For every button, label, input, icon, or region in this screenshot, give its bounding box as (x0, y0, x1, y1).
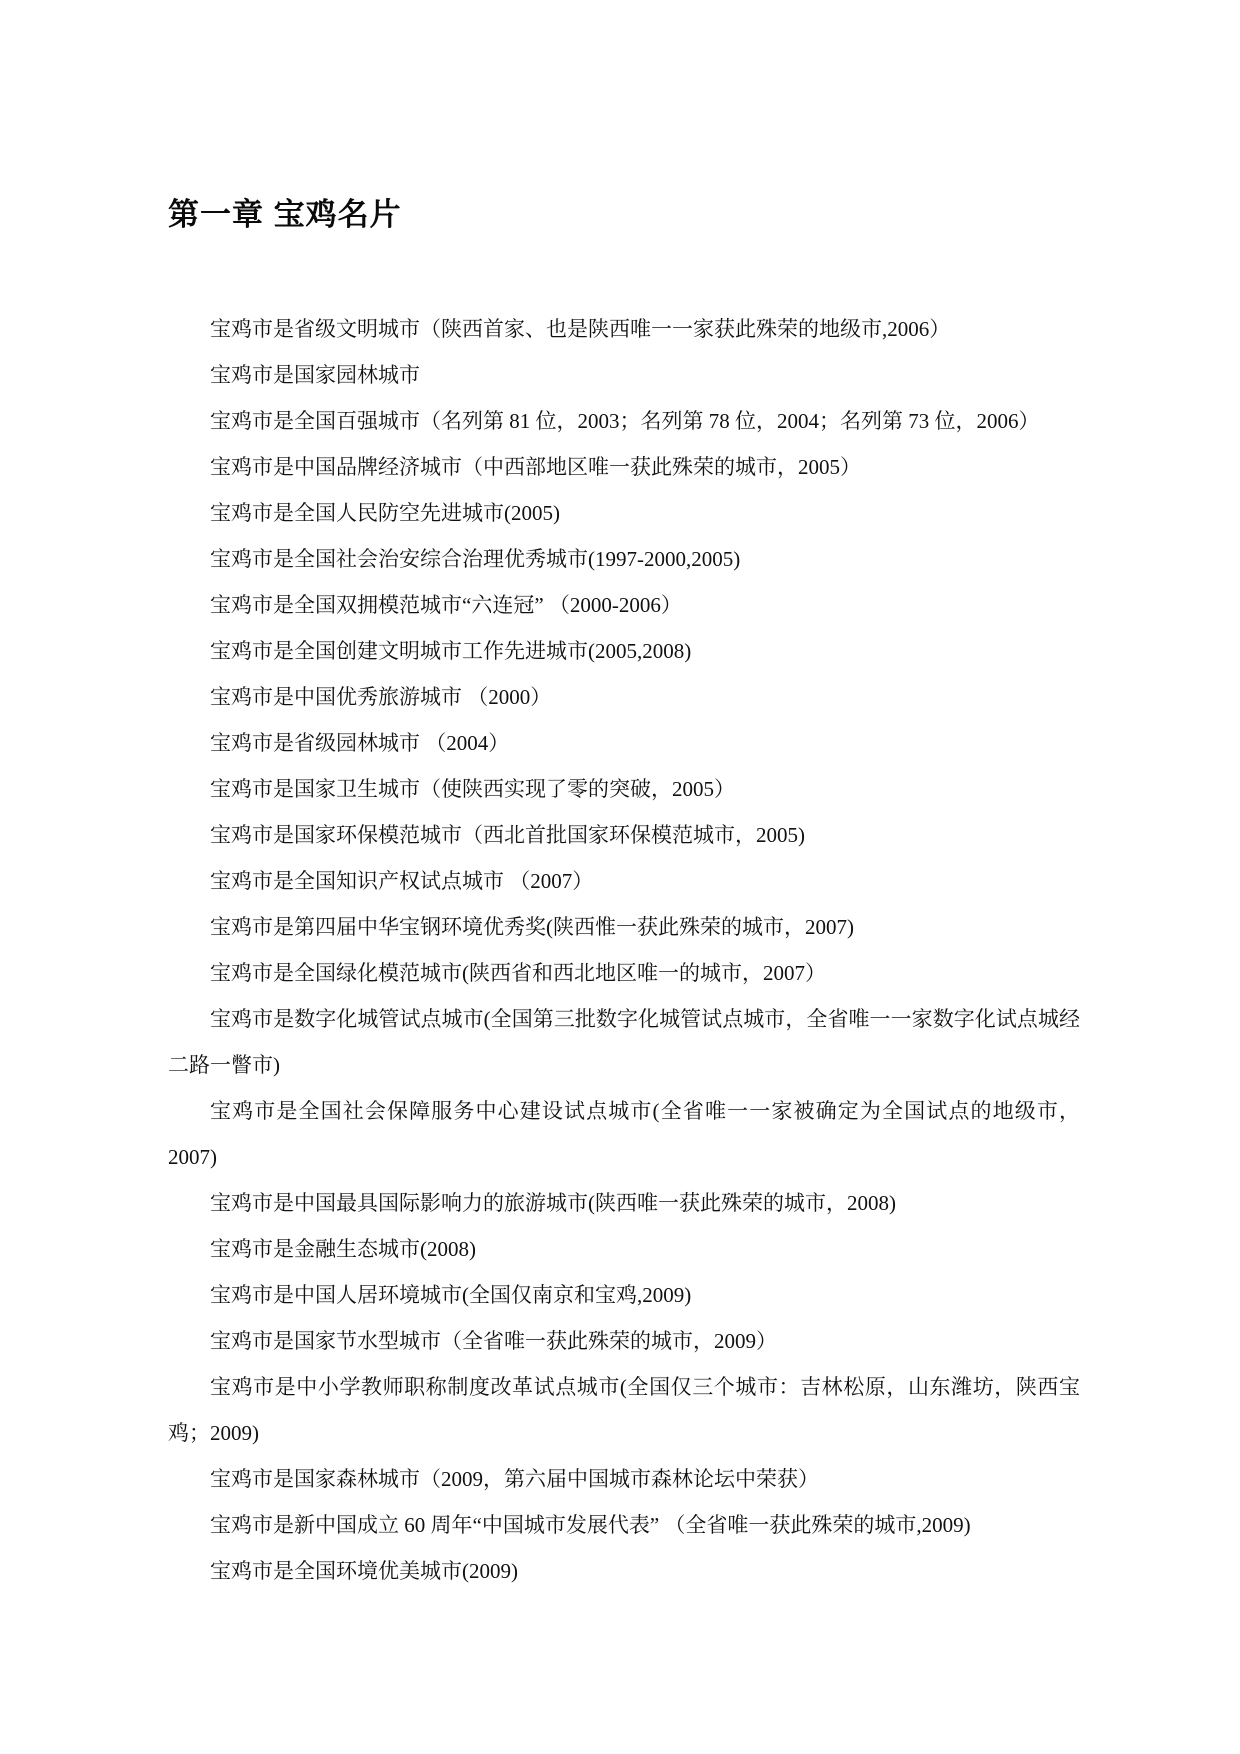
chapter-title: 第一章 宝鸡名片 (168, 196, 1080, 234)
list-item: 宝鸡市是金融生态城市(2008) (168, 1226, 1080, 1272)
list-item: 宝鸡市是中国最具国际影响力的旅游城市(陕西唯一获此殊荣的城市，2008) (168, 1180, 1080, 1226)
list-item: 宝鸡市是国家卫生城市（使陕西实现了零的突破，2005） (168, 766, 1080, 812)
list-item: 宝鸡市是中国人居环境城市(全国仅南京和宝鸡,2009) (168, 1272, 1080, 1318)
list-item: 宝鸡市是中小学教师职称制度改革试点城市(全国仅三个城市：吉林松原，山东潍坊，陕西… (168, 1364, 1080, 1456)
list-item: 宝鸡市是数字化城管试点城市(全国第三批数字化城管试点城市，全省唯一一家数字化试点… (168, 996, 1080, 1088)
list-item: 宝鸡市是中国品牌经济城市（中西部地区唯一获此殊荣的城市，2005） (168, 444, 1080, 490)
list-item: 宝鸡市是中国优秀旅游城市 （2000） (168, 674, 1080, 720)
list-item: 宝鸡市是全国社会治安综合治理优秀城市(1997-2000,2005) (168, 536, 1080, 582)
honor-list: 宝鸡市是省级文明城市（陕西首家、也是陕西唯一一家获此殊荣的地级市,2006）宝鸡… (168, 306, 1080, 1594)
list-item: 宝鸡市是国家园林城市 (168, 352, 1080, 398)
list-item: 宝鸡市是第四届中华宝钢环境优秀奖(陕西惟一获此殊荣的城市，2007) (168, 904, 1080, 950)
list-item: 宝鸡市是新中国成立 60 周年“中国城市发展代表” （全省唯一获此殊荣的城市,2… (168, 1502, 1080, 1548)
list-item: 宝鸡市是国家节水型城市（全省唯一获此殊荣的城市，2009） (168, 1318, 1080, 1364)
list-item: 宝鸡市是全国双拥模范城市“六连冠” （2000-2006） (168, 582, 1080, 628)
list-item: 宝鸡市是省级园林城市 （2004） (168, 720, 1080, 766)
list-item: 宝鸡市是国家森林城市（2009，第六届中国城市森林论坛中荣获） (168, 1456, 1080, 1502)
list-item: 宝鸡市是全国绿化模范城市(陕西省和西北地区唯一的城市，2007） (168, 950, 1080, 996)
list-item: 宝鸡市是全国人民防空先进城市(2005) (168, 490, 1080, 536)
list-item: 宝鸡市是国家环保模范城市（西北首批国家环保模范城市，2005) (168, 812, 1080, 858)
list-item: 宝鸡市是全国创建文明城市工作先进城市(2005,2008) (168, 628, 1080, 674)
list-item: 宝鸡市是全国环境优美城市(2009) (168, 1548, 1080, 1594)
list-item: 宝鸡市是全国百强城市（名列第 81 位，2003；名列第 78 位，2004；名… (168, 398, 1080, 444)
list-item: 宝鸡市是省级文明城市（陕西首家、也是陕西唯一一家获此殊荣的地级市,2006） (168, 306, 1080, 352)
list-item: 宝鸡市是全国社会保障服务中心建设试点城市(全省唯一一家被确定为全国试点的地级市，… (168, 1088, 1080, 1180)
document-page: 第一章 宝鸡名片 宝鸡市是省级文明城市（陕西首家、也是陕西唯一一家获此殊荣的地级… (0, 0, 1240, 1754)
list-item: 宝鸡市是全国知识产权试点城市 （2007） (168, 858, 1080, 904)
